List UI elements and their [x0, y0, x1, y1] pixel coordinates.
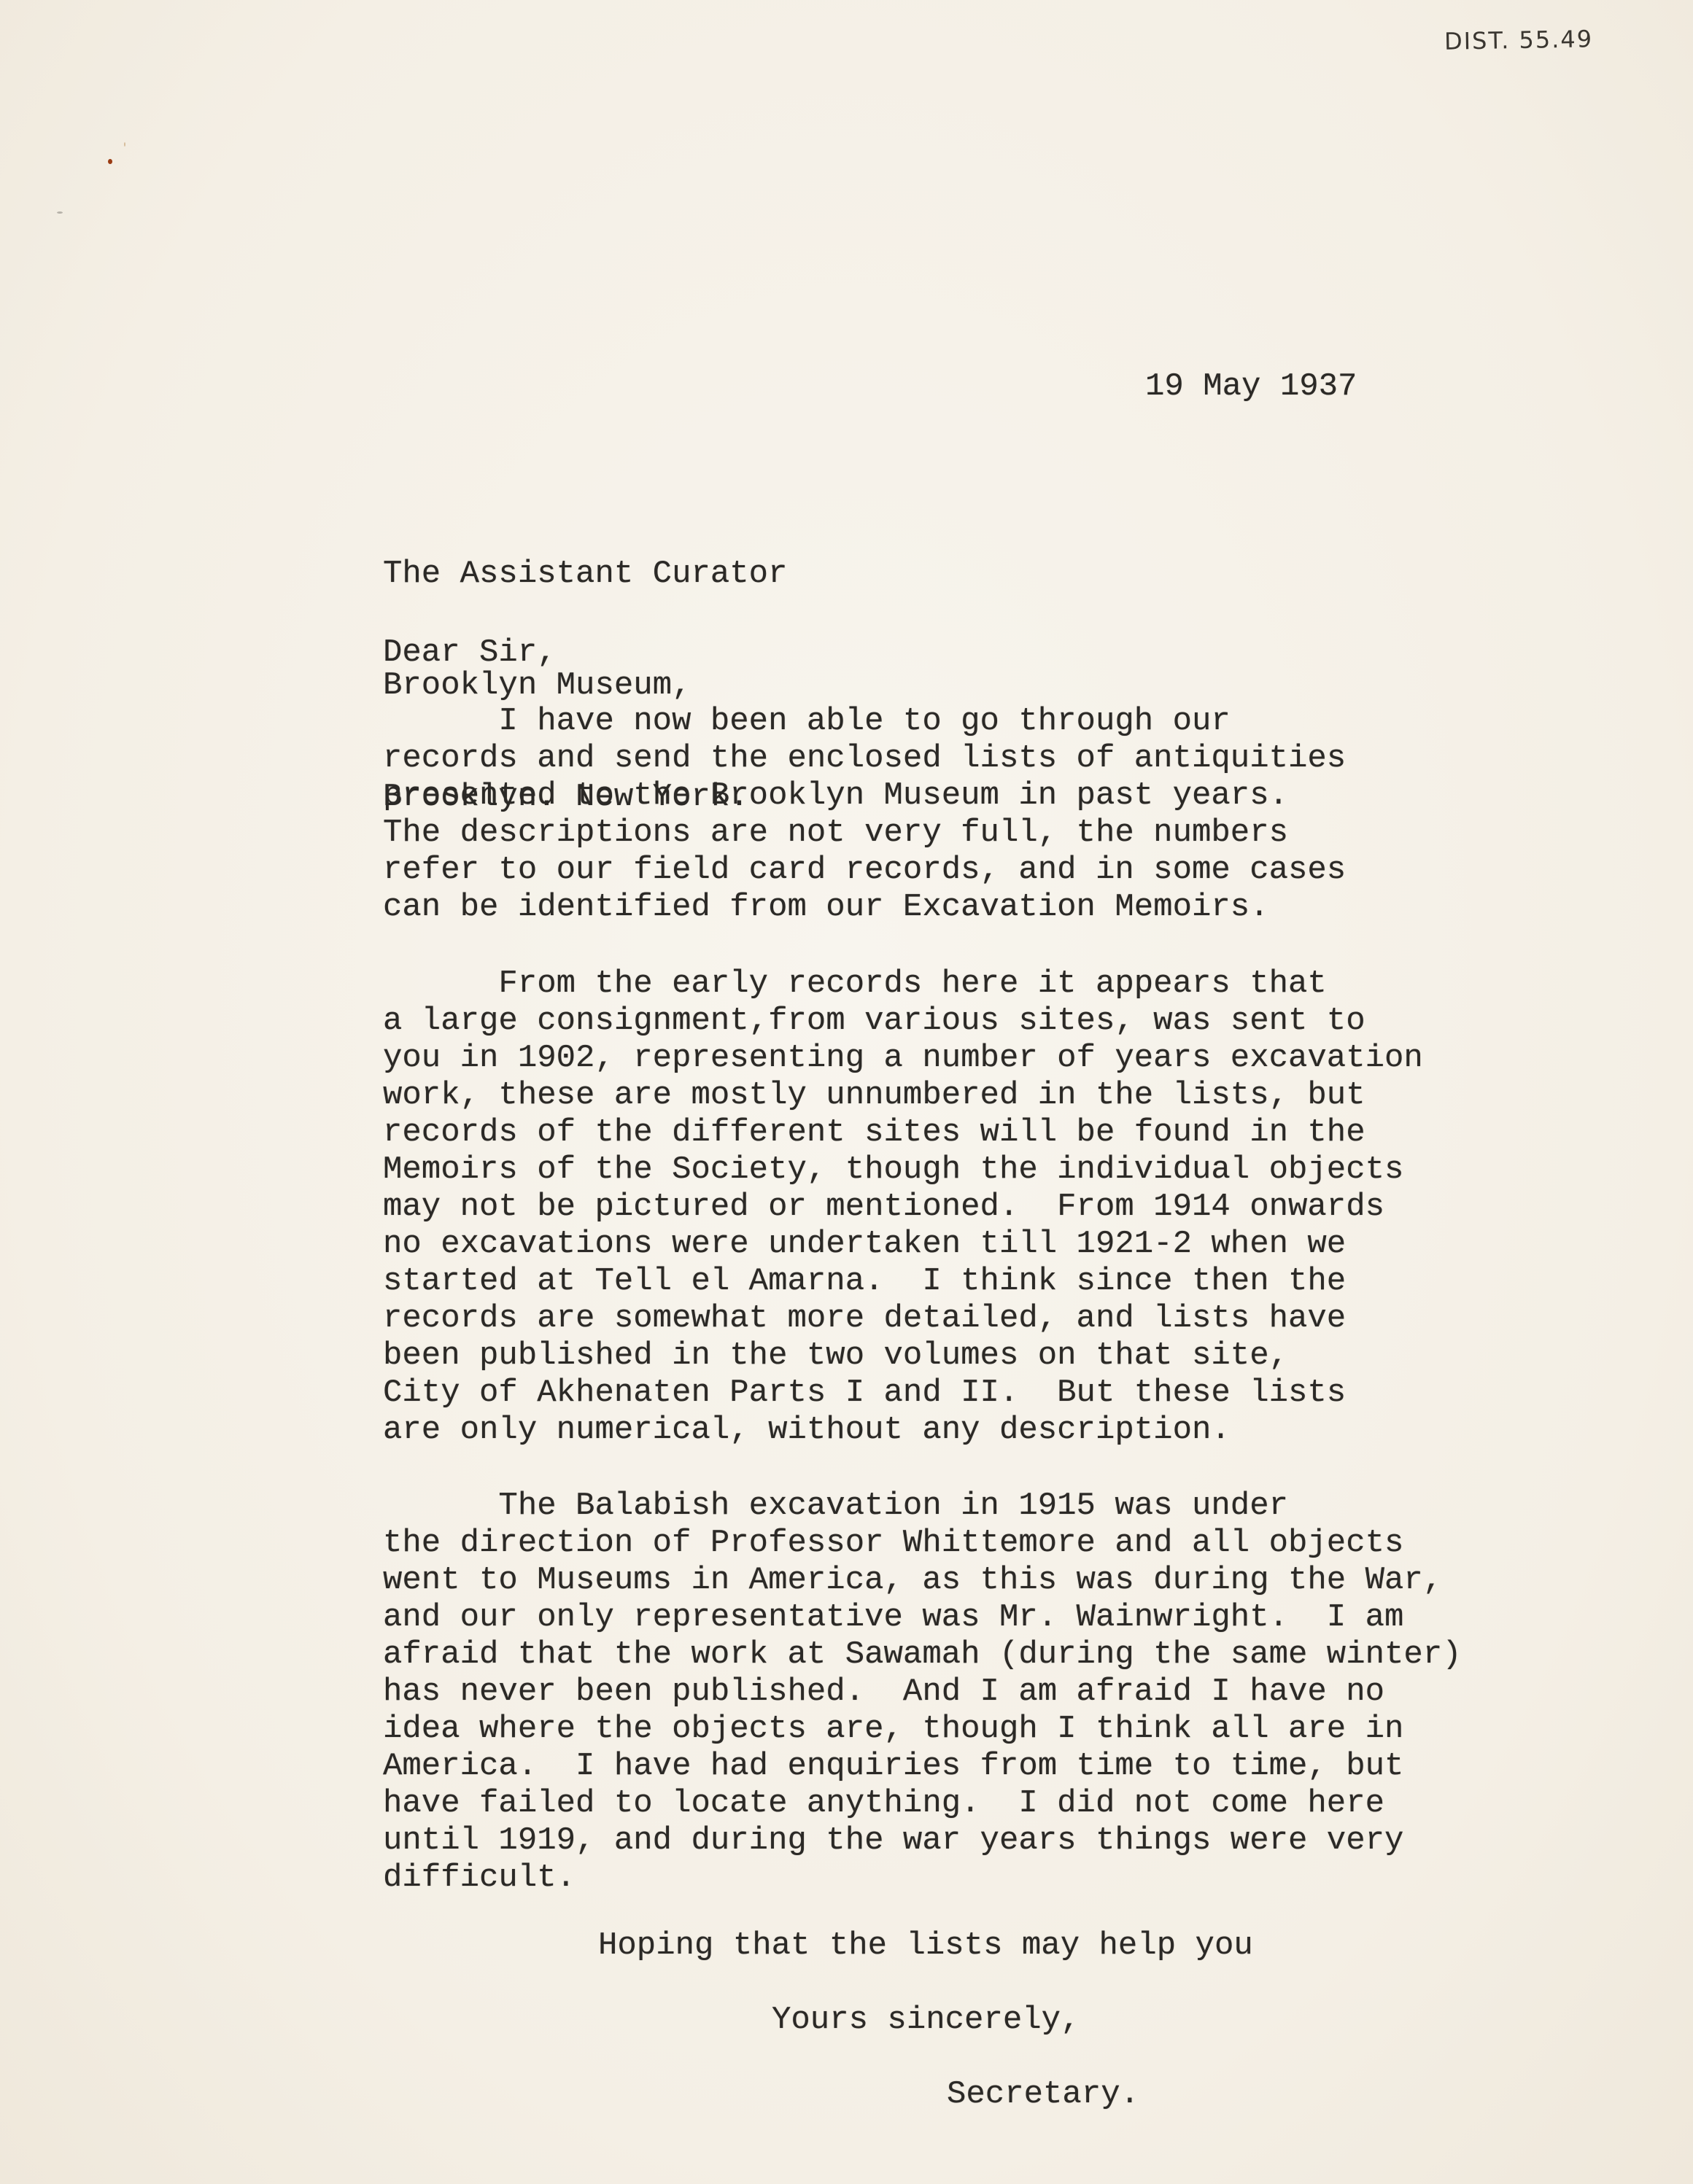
paragraph-line: the direction of Professor Whittemore an…	[383, 1525, 1462, 1562]
paragraph-line: From the early records here it appears t…	[383, 965, 1423, 1003]
paragraph-line: afraid that the work at Sawamah (during …	[383, 1636, 1462, 1674]
paragraph-line: The descriptions are not very full, the …	[383, 815, 1346, 852]
paragraph-line: are only numerical, without any descript…	[383, 1412, 1423, 1449]
signature-title: Secretary.	[947, 2076, 1139, 2113]
paragraph-line: may not be pictured or mentioned. From 1…	[383, 1189, 1423, 1226]
recipient-line: Brooklyn Museum,	[383, 667, 788, 704]
complimentary-close: Yours sincerely,	[772, 2002, 1080, 2039]
paragraph-line: presented to the Brooklyn Museum in past…	[383, 777, 1346, 815]
paragraph-line: a large consignment,from various sites, …	[383, 1003, 1423, 1040]
paper-stain	[108, 159, 112, 164]
recipient-line: The Assistant Curator	[383, 556, 788, 593]
paragraph-line: you in 1902, representing a number of ye…	[383, 1040, 1423, 1077]
paragraph-line: idea where the objects are, though I thi…	[383, 1711, 1462, 1748]
letter-date: 19 May 1937	[1145, 368, 1357, 405]
paragraph-line: work, these are mostly unnumbered in the…	[383, 1077, 1423, 1114]
paragraph-line: Memoirs of the Society, though the indiv…	[383, 1151, 1423, 1189]
paragraph-line: been published in the two volumes on tha…	[383, 1337, 1423, 1375]
paragraph-line: The Balabish excavation in 1915 was unde…	[383, 1488, 1462, 1525]
paragraph-line: went to Museums in America, as this was …	[383, 1562, 1462, 1599]
paragraph-line: refer to our field card records, and in …	[383, 852, 1346, 889]
paper-fiber	[124, 142, 125, 147]
body-paragraph-1: I have now been able to go through ourre…	[383, 703, 1346, 926]
paragraph-line: records and send the enclosed lists of a…	[383, 740, 1346, 777]
paragraph-line: difficult.	[383, 1859, 1462, 1897]
paragraph-line: started at Tell el Amarna. I think since…	[383, 1263, 1423, 1300]
archive-reference-mark: DIST. 55.49	[1444, 25, 1594, 55]
paragraph-line: have failed to locate anything. I did no…	[383, 1785, 1462, 1822]
paragraph-line: City of Akhenaten Parts I and II. But th…	[383, 1375, 1423, 1412]
letter-page: DIST. 55.49 19 May 1937 The Assistant Cu…	[0, 0, 1693, 2184]
paragraph-line: can be identified from our Excavation Me…	[383, 889, 1346, 926]
paragraph-line: and our only representative was Mr. Wain…	[383, 1599, 1462, 1636]
paragraph-line: records of the different sites will be f…	[383, 1114, 1423, 1151]
paragraph-line: until 1919, and during the war years thi…	[383, 1822, 1462, 1859]
paragraph-line: I have now been able to go through our	[383, 703, 1346, 740]
paragraph-line: records are somewhat more detailed, and …	[383, 1300, 1423, 1337]
body-paragraph-2: From the early records here it appears t…	[383, 965, 1423, 1449]
closing-line: Hoping that the lists may help you	[598, 1927, 1253, 1965]
paragraph-line: America. I have had enquiries from time …	[383, 1748, 1462, 1785]
paragraph-line: no excavations were undertaken till 1921…	[383, 1226, 1423, 1263]
paper-mark	[57, 211, 63, 214]
paragraph-line: has never been published. And I am afrai…	[383, 1674, 1462, 1711]
salutation: Dear Sir,	[383, 634, 557, 672]
body-paragraph-3: The Balabish excavation in 1915 was unde…	[383, 1488, 1462, 1897]
